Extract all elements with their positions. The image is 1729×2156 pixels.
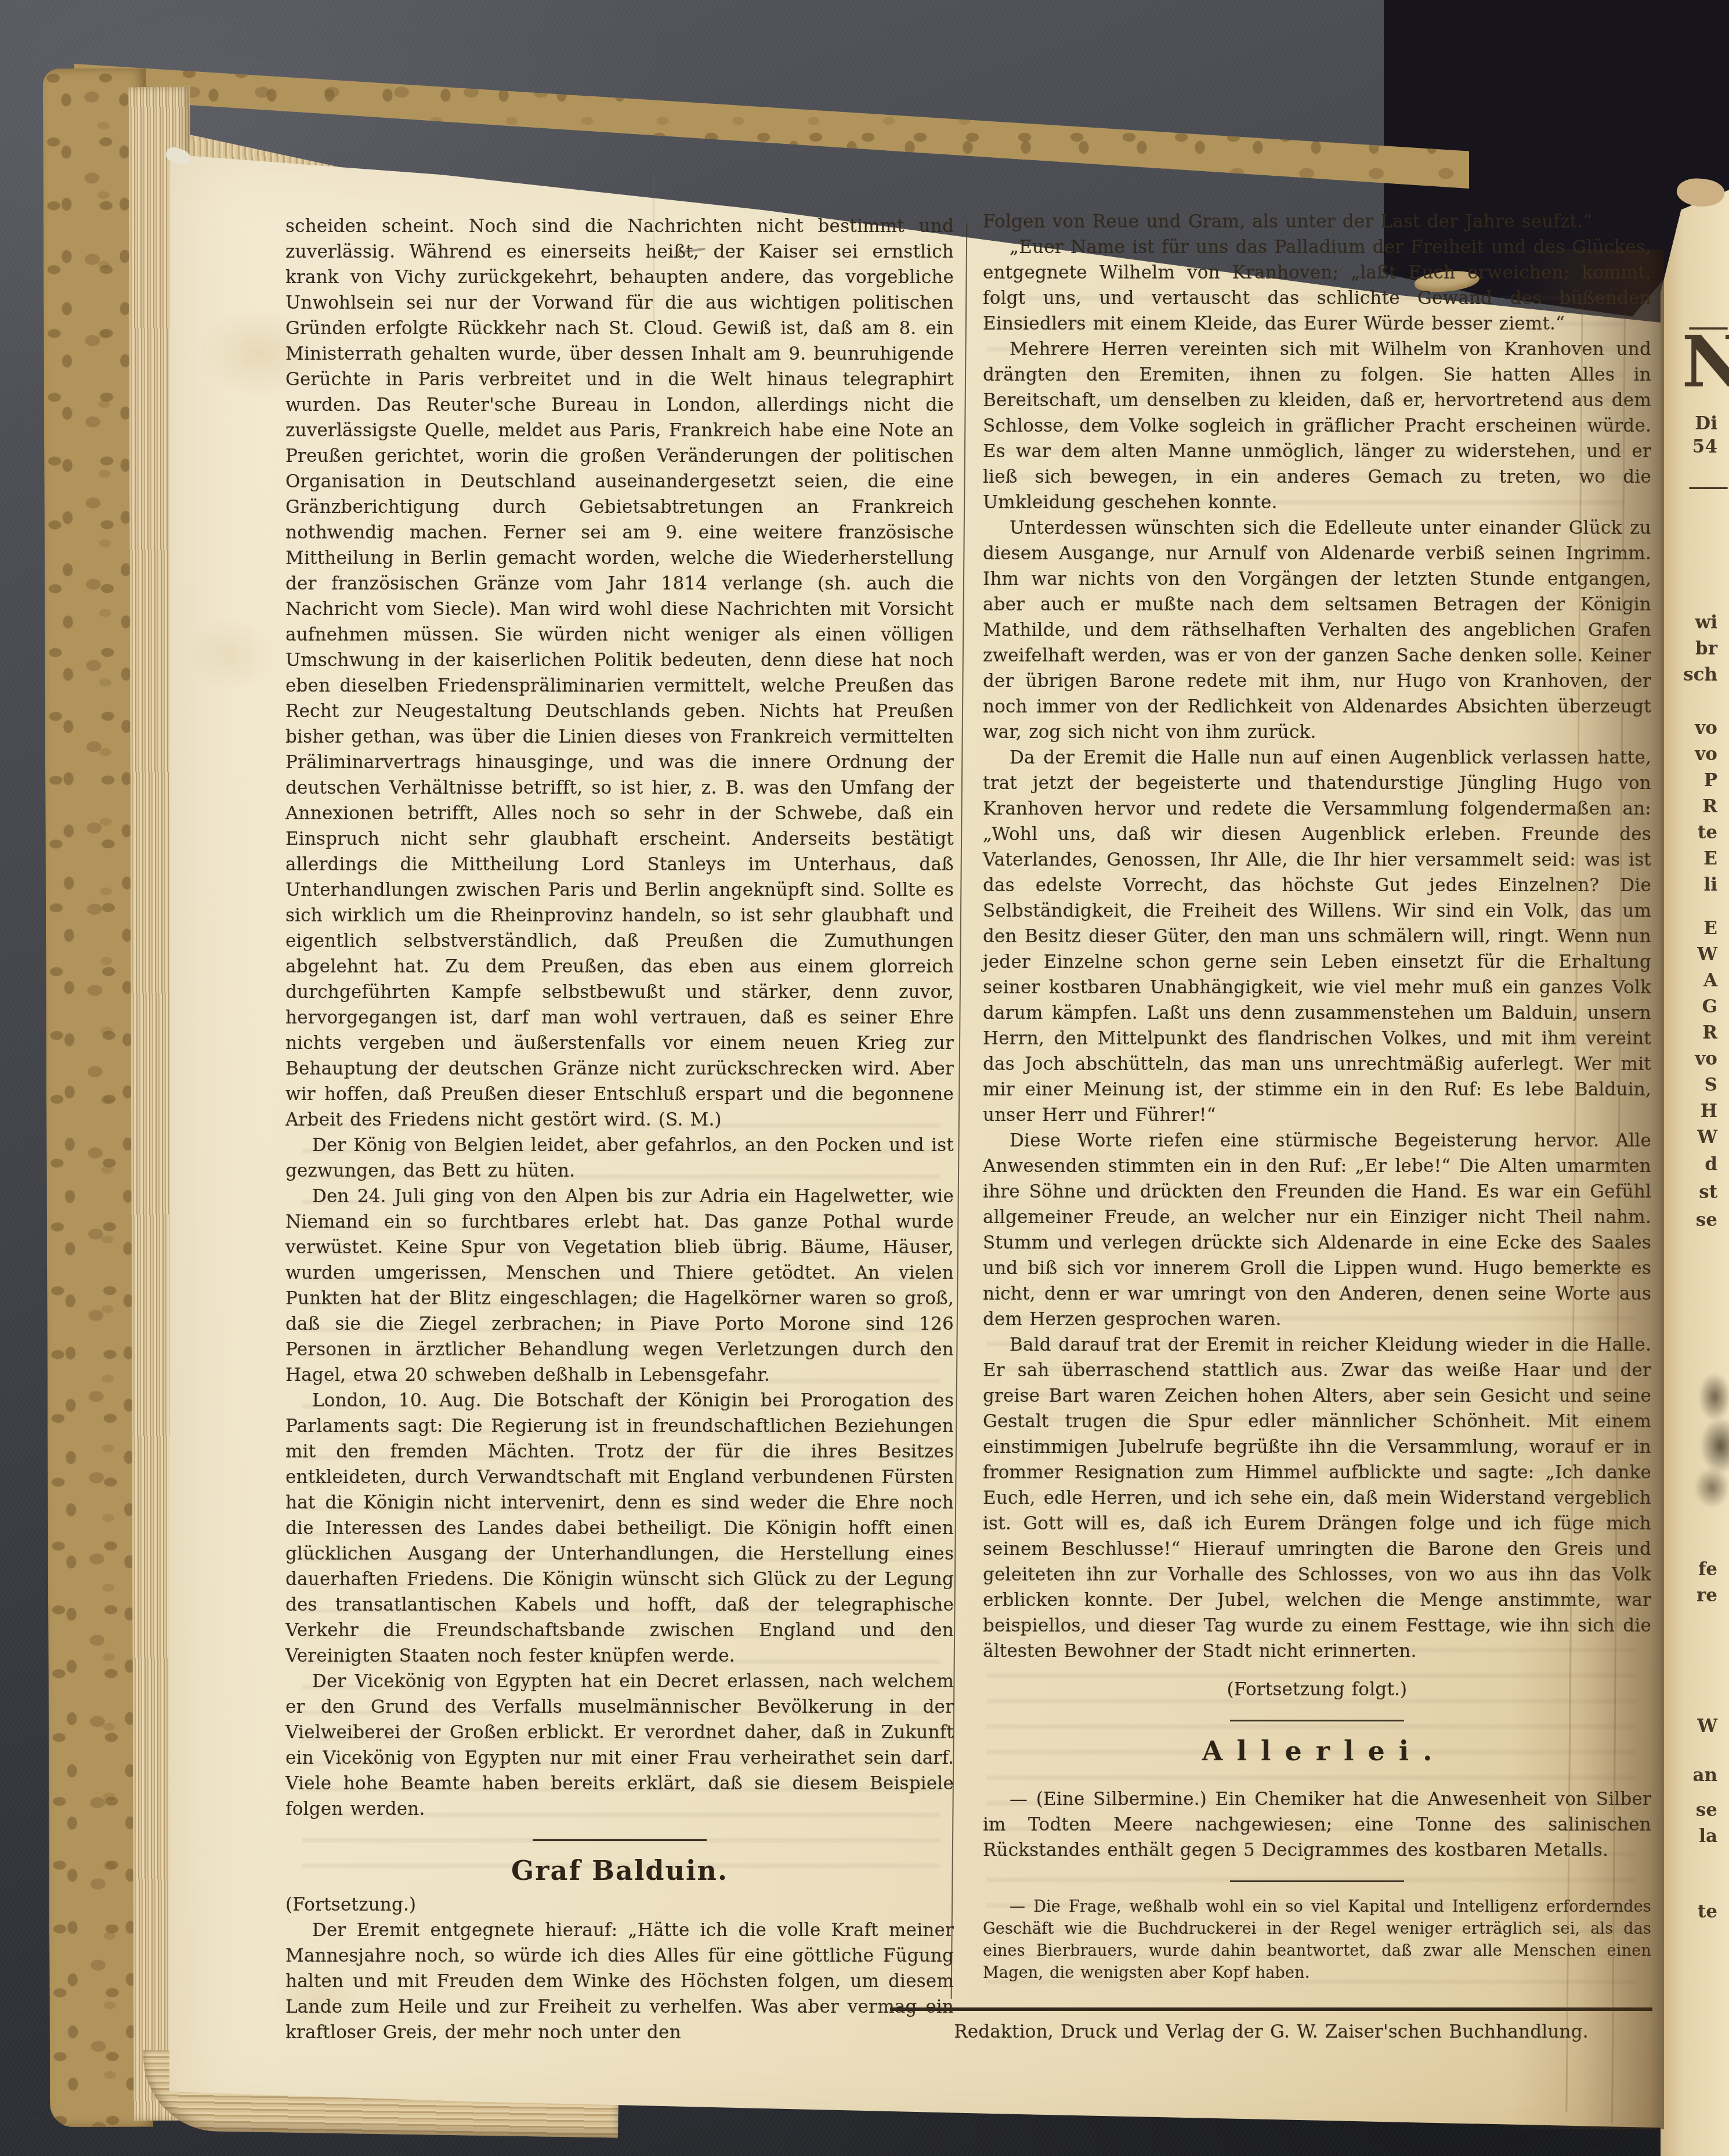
- misc-item: — (Eine Silbermine.) Ein Chemiker hat di…: [983, 1786, 1651, 1863]
- cut-text-fragment: an: [1692, 1767, 1717, 1785]
- news-paragraph: Den 24. Juli ging von den Alpen bis zur …: [285, 1184, 954, 1388]
- story-paragraph: Unterdessen wünschten sich die Edelleute…: [983, 515, 1651, 745]
- story-paragraph: Diese Worte riefen eine stürmische Begei…: [983, 1128, 1651, 1332]
- story-paragraph: Der Eremit entgegnete hierauf: „Hätte ic…: [285, 1918, 954, 2045]
- story-subtitle: (Fortsetzung.): [285, 1892, 954, 1918]
- cut-text-fragment: Di: [1695, 415, 1717, 433]
- cut-text-fragment: P: [1704, 772, 1717, 790]
- cut-text-fragment: H: [1701, 1102, 1717, 1120]
- cut-text-fragment: 54: [1692, 438, 1717, 456]
- cut-text-fragment: d: [1705, 1156, 1717, 1174]
- story-paragraph: „Euer Name ist für uns das Palladium der…: [983, 234, 1651, 337]
- news-paragraph: Der König von Belgien leidet, aber gefah…: [285, 1133, 954, 1184]
- cut-text-fragment: G: [1702, 998, 1717, 1016]
- cut-text-fragment: fe: [1698, 1561, 1717, 1579]
- news-paragraph: London, 10. Aug. Die Botschaft der König…: [285, 1388, 954, 1669]
- story-title: Graf Balduin.: [285, 1855, 954, 1886]
- next-page-edge: —NDi54—wibrschvovoPRteEliEWAGRvoSHWdstse…: [1661, 174, 1729, 2156]
- news-paragraph: Der Vicekönig von Egypten hat ein Decret…: [285, 1669, 954, 1822]
- cut-text-fragment: N: [1681, 326, 1729, 397]
- news-paragraph: scheiden scheint. Noch sind die Nachrich…: [285, 214, 954, 1133]
- cut-text-fragment: E: [1703, 920, 1717, 938]
- woodcut-fragment: [1681, 1369, 1729, 1509]
- cut-text-fragment: vo: [1695, 746, 1717, 764]
- cut-text-fragment: la: [1699, 1828, 1717, 1846]
- cut-text-fragment: W: [1697, 1128, 1717, 1146]
- cut-text-fragment: te: [1698, 1903, 1717, 1921]
- cut-text-fragment: —: [1687, 479, 1729, 497]
- cut-text-fragment: R: [1702, 1024, 1717, 1042]
- cut-text-fragment: E: [1703, 850, 1717, 868]
- cut-text-fragment: se: [1696, 1211, 1717, 1229]
- cut-text-fragment: vo: [1695, 719, 1717, 737]
- cut-text-fragment: S: [1705, 1076, 1717, 1094]
- misc-item: — Die Frage, weßhalb wohl ein so viel Ka…: [983, 1896, 1651, 1984]
- cut-text-fragment: W: [1697, 1717, 1717, 1735]
- imprint-block: Redaktion, Druck und Verlag der G. W. Za…: [890, 2007, 1652, 2045]
- cut-text-fragment: li: [1703, 876, 1717, 894]
- story-paragraph: Mehrere Herren vereinten sich mit Wilhel…: [983, 337, 1651, 515]
- misc-section-title: Allerlei.: [983, 1735, 1651, 1767]
- cut-text-fragment: st: [1699, 1184, 1717, 1202]
- cut-text-fragment: re: [1697, 1587, 1717, 1605]
- cut-text-fragment: vo: [1695, 1050, 1717, 1068]
- section-rule: [1230, 1880, 1404, 1882]
- cut-text-fragment: se: [1696, 1802, 1717, 1819]
- continuation-note: (Fortsetzung folgt.): [983, 1677, 1651, 1702]
- right-column: Folgen von Reue und Gram, als unter der …: [983, 209, 1651, 2045]
- imprint-rule: [890, 2007, 1652, 2011]
- section-rule: [533, 1839, 707, 1841]
- cut-text-fragment: sch: [1683, 666, 1717, 684]
- story-paragraph: Da der Eremit die Halle nun auf einen Au…: [983, 745, 1651, 1128]
- left-column: scheiden scheint. Noch sind die Nachrich…: [285, 214, 954, 2045]
- story-paragraph: Bald darauf trat der Eremit in reicher K…: [983, 1332, 1651, 1664]
- cut-text-fragment: A: [1703, 972, 1717, 990]
- section-rule: [1230, 1720, 1404, 1721]
- story-paragraph: Folgen von Reue und Gram, als unter der …: [983, 209, 1651, 234]
- cut-text-fragment: wi: [1695, 614, 1717, 632]
- cut-text-fragment: te: [1698, 824, 1717, 842]
- cut-text-fragment: R: [1702, 798, 1717, 816]
- imprint-text: Redaktion, Druck und Verlag der G. W. Za…: [890, 2019, 1652, 2045]
- cut-text-fragment: br: [1695, 640, 1717, 658]
- cut-text-fragment: W: [1697, 946, 1717, 964]
